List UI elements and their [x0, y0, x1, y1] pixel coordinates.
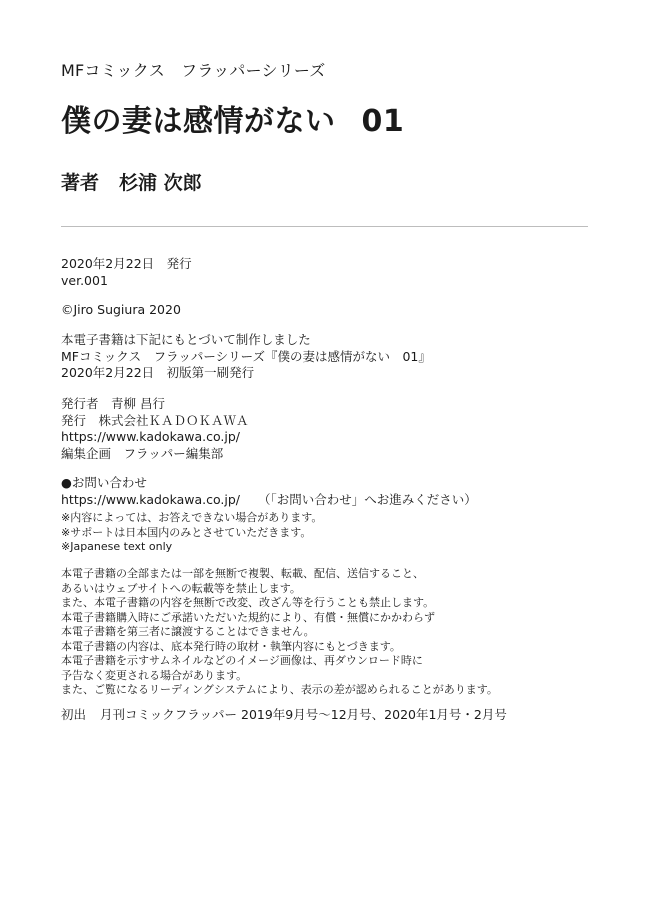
legal-line: また、ご覧になるリーディングシステムにより、表示の差が認められることがあります。: [61, 683, 498, 698]
author-label: 著者: [61, 172, 99, 194]
publisher-company: 発行 株式会社ＫＡＤＯＫＡＷＡ: [61, 413, 249, 430]
legal-notice: 本電子書籍の全部または一部を無断で複製、転載、配信、送信すること、 あるいはウェ…: [61, 567, 498, 698]
inquiry-section: ●お問い合わせ https://www.kadokawa.co.jp/（「お問い…: [61, 475, 477, 508]
note-item: ※サポートは日本国内のみとさせていただきます。: [61, 526, 322, 541]
publication-date: 2020年2月22日 発行: [61, 256, 192, 273]
colophon-page: MFコミックス フラッパーシリーズ 僕の妻は感情がない01 著者杉浦 次郎 20…: [0, 0, 650, 924]
author-line: 著者杉浦 次郎: [61, 170, 202, 196]
editorial-dept: 編集企画 フラッパー編集部: [61, 446, 249, 463]
publisher-person: 発行者 青柳 昌行: [61, 396, 249, 413]
legal-line: 本電子書籍の内容は、底本発行時の取材・執筆内容にもとづきます。: [61, 640, 498, 655]
copyright-text: ©Jiro Sugiura 2020: [61, 302, 181, 319]
source-line-2: MFコミックス フラッパーシリーズ『僕の妻は感情がない 01』: [61, 349, 431, 366]
first-appearance: 初出月刊コミックフラッパー 2019年9月号～12月号、2020年1月号・2月号: [61, 707, 507, 723]
legal-line: あるいはウェブサイトへの転載等を禁止します。: [61, 582, 498, 597]
inquiry-notes: ※内容によっては、お答えできない場合があります。 ※サポートは日本国内のみとさせ…: [61, 511, 322, 555]
legal-line: 本電子書籍購入時にご承諾いただいた規約により、有償・無償にかかわらず: [61, 611, 498, 626]
inquiry-url-link[interactable]: https://www.kadokawa.co.jp/: [61, 492, 240, 507]
publisher-url-link[interactable]: https://www.kadokawa.co.jp/: [61, 429, 249, 446]
legal-line: 本電子書籍を示すサムネイルなどのイメージ画像は、再ダウンロード時に: [61, 654, 498, 669]
legal-line: 予告なく変更される場合があります。: [61, 669, 498, 684]
note-item: ※内容によっては、お答えできない場合があります。: [61, 511, 322, 526]
publication-info: 2020年2月22日 発行 ver.001: [61, 256, 192, 289]
copyright: ©Jiro Sugiura 2020: [61, 302, 181, 319]
book-title: 僕の妻は感情がない01: [61, 103, 404, 141]
source-info: 本電子書籍は下記にもとづいて制作しました MFコミックス フラッパーシリーズ『僕…: [61, 332, 431, 382]
inquiry-heading: ●お問い合わせ: [61, 475, 477, 492]
series-name: MFコミックス フラッパーシリーズ: [61, 61, 326, 81]
first-appearance-text: 月刊コミックフラッパー 2019年9月号～12月号、2020年1月号・2月号: [100, 707, 507, 722]
title-text: 僕の妻は感情がない: [61, 104, 336, 139]
legal-line: また、本電子書籍の内容を無断で改変、改ざん等を行うことも禁止します。: [61, 596, 498, 611]
author-name: 杉浦 次郎: [119, 172, 202, 194]
version: ver.001: [61, 273, 192, 290]
publisher-info: 発行者 青柳 昌行 発行 株式会社ＫＡＤＯＫＡＷＡ https://www.ka…: [61, 396, 249, 462]
inquiry-url-note: （「お問い合わせ」へお進みください）: [258, 492, 477, 507]
first-appearance-label: 初出: [61, 707, 86, 722]
source-line-1: 本電子書籍は下記にもとづいて制作しました: [61, 332, 431, 349]
divider: [61, 226, 588, 227]
volume-number: 01: [362, 104, 405, 139]
legal-line: 本電子書籍の全部または一部を無断で複製、転載、配信、送信すること、: [61, 567, 498, 582]
note-item: ※Japanese text only: [61, 540, 322, 555]
legal-line: 本電子書籍を第三者に譲渡することはできません。: [61, 625, 498, 640]
source-line-3: 2020年2月22日 初版第一刷発行: [61, 365, 431, 382]
inquiry-url-line: https://www.kadokawa.co.jp/（「お問い合わせ」へお進み…: [61, 492, 477, 509]
